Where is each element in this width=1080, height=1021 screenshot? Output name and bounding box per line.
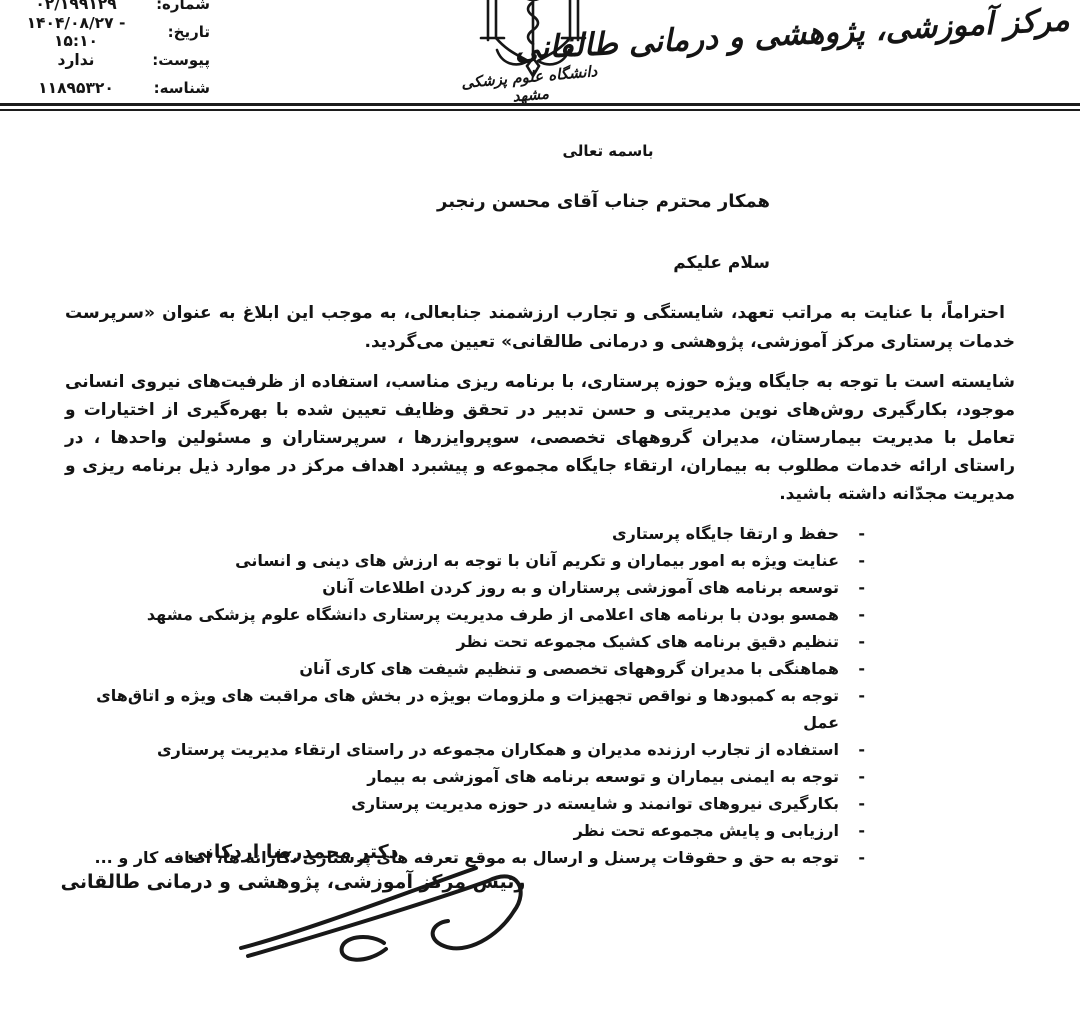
- bullet-dash-marker: -: [853, 682, 865, 736]
- duties-bullet-list: - حفظ و ارتقا جایگاه پرستاری - عنایت ویژ…: [65, 520, 865, 871]
- bullet-item: - همسو بودن با برنامه های اعلامی از طرف …: [65, 601, 865, 628]
- bullet-text: عنایت ویژه به امور بیماران و تکریم آنان …: [65, 547, 839, 574]
- number-label: شماره:: [156, 0, 210, 13]
- bullet-text: توسعه برنامه های آموزشی پرستاران و به رو…: [65, 574, 839, 601]
- bullet-item: - توجه به کمبودها و نواقص تجهیزات و ملزو…: [65, 682, 865, 736]
- header-rule-bottom: [0, 109, 1080, 111]
- bullet-item: - عنایت ویژه به امور بیماران و تکریم آنا…: [65, 547, 865, 574]
- letter-body: احتراماً، با عنایت به مراتب تعهد، شایستگ…: [65, 299, 1015, 871]
- bullet-text: استفاده از تجارب ارزنده مدیران و همکاران…: [65, 736, 839, 763]
- bullet-item: - استفاده از تجارب ارزنده مدیران و همکار…: [65, 736, 865, 763]
- bullet-dash-marker: -: [853, 844, 865, 871]
- bullet-dash-marker: -: [853, 655, 865, 682]
- bullet-text: تنظیم دقیق برنامه های کشیک مجموعه تحت نظ…: [65, 628, 839, 655]
- duties-paragraph: شایسته است با توجه به جایگاه ویژه حوزه پ…: [65, 368, 1015, 508]
- bullet-text: توجه به ایمنی بیماران و توسعه برنامه های…: [65, 763, 839, 790]
- bullet-dash-marker: -: [853, 763, 865, 790]
- bullet-item: - حفظ و ارتقا جایگاه پرستاری: [65, 520, 865, 547]
- handwritten-signature-scribble: [226, 853, 536, 982]
- bullet-text: همسو بودن با برنامه های اعلامی از طرف مد…: [65, 601, 839, 628]
- bullet-item: - توجه به ایمنی بیماران و توسعه برنامه ه…: [65, 763, 865, 790]
- bullet-dash-marker: -: [853, 628, 865, 655]
- id-value: ۱۱۸۹۵۳۲۰: [8, 79, 144, 97]
- bullet-item: - ارزیابی و پایش مجموعه تحت نظر: [65, 817, 865, 844]
- bullet-dash-marker: -: [853, 601, 865, 628]
- bullet-text: توجه به کمبودها و نواقص تجهیزات و ملزوما…: [65, 682, 839, 736]
- meta-row-id: شناسه: ۱۱۸۹۵۳۲۰: [8, 74, 210, 102]
- addressee-line: همکار محترم جناب آقای محسن رنجبر: [437, 191, 770, 212]
- bullet-dash-marker: -: [853, 520, 865, 547]
- bullet-text: ارزیابی و پایش مجموعه تحت نظر: [65, 817, 839, 844]
- number-value: ۰۲/۱۹۹۱۲۹: [8, 0, 144, 13]
- bullet-item: - توسعه برنامه های آموزشی پرستاران و به …: [65, 574, 865, 601]
- date-label: تاریخ:: [168, 23, 210, 41]
- bullet-text: هماهنگی با مدیران گروههای تخصصی و تنظیم …: [65, 655, 839, 682]
- bullet-text: بکارگیری نیروهای توانمند و شایسته در حوز…: [65, 790, 839, 817]
- bullet-item: - تنظیم دقیق برنامه های کشیک مجموعه تحت …: [65, 628, 865, 655]
- bullet-item: - هماهنگی با مدیران گروههای تخصصی و تنظی…: [65, 655, 865, 682]
- meta-row-attachment: پیوست: ندارد: [8, 46, 210, 74]
- scanned-letter-page: شماره: ۰۲/۱۹۹۱۲۹ تاریخ: ۱۴۰۴/۰۸/۲۷ - ۱۵:…: [0, 0, 1080, 1021]
- date-value: ۱۴۰۴/۰۸/۲۷ - ۱۵:۱۰: [8, 14, 144, 50]
- letter-meta-block: شماره: ۰۲/۱۹۹۱۲۹ تاریخ: ۱۴۰۴/۰۸/۲۷ - ۱۵:…: [8, 0, 210, 102]
- bullet-dash-marker: -: [853, 547, 865, 574]
- attachment-label: پیوست:: [152, 51, 210, 69]
- appointment-paragraph: احتراماً، با عنایت به مراتب تعهد، شایستگ…: [65, 299, 1015, 357]
- bullet-text: حفظ و ارتقا جایگاه پرستاری: [65, 520, 839, 547]
- bullet-item: - بکارگیری نیروهای توانمند و شایسته در ح…: [65, 790, 865, 817]
- header-rule-top: [0, 103, 1080, 106]
- meta-row-date: تاریخ: ۱۴۰۴/۰۸/۲۷ - ۱۵:۱۰: [8, 18, 210, 46]
- bismillah: باسمه تعالی: [563, 142, 654, 160]
- bullet-dash-marker: -: [853, 574, 865, 601]
- id-label: شناسه:: [154, 79, 210, 97]
- bullet-dash-marker: -: [853, 790, 865, 817]
- bullet-dash-marker: -: [853, 817, 865, 844]
- salutation-line: سلام علیکم: [673, 253, 770, 273]
- bullet-dash-marker: -: [853, 736, 865, 763]
- attachment-value: ندارد: [8, 51, 144, 69]
